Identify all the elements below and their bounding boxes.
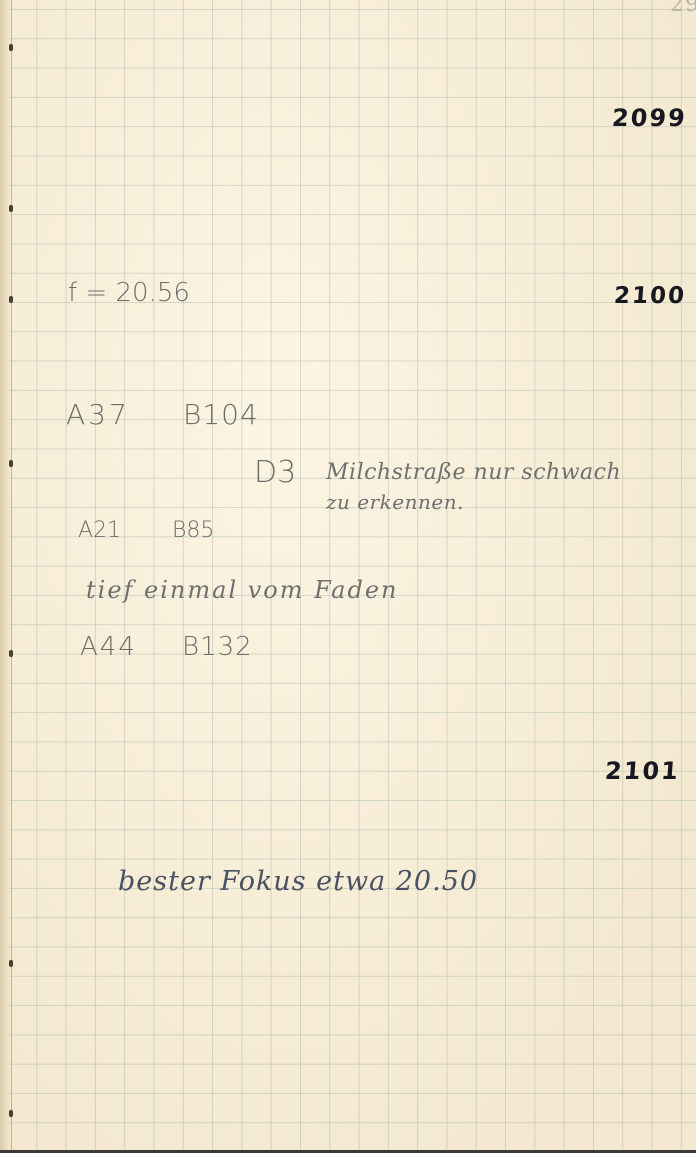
binding-stitch	[9, 460, 13, 467]
binding-stitch	[9, 205, 13, 212]
plate-number-2100: 2100	[613, 283, 687, 309]
binding-stitch	[9, 650, 13, 657]
reading-a44: A44	[80, 632, 137, 662]
notebook-page: 29 2099 f = 20.56 2100 A37 B104 D3 Milch…	[0, 0, 696, 1153]
binding-stitch	[9, 1110, 13, 1117]
focus-value-note: f = 20.56	[68, 278, 190, 308]
page-binding	[0, 0, 12, 1153]
reading-a37: A37	[66, 398, 130, 431]
thread-note: tief einmal vom Faden	[86, 576, 399, 604]
reading-b132: B132	[182, 632, 253, 662]
best-focus-note: bester Fokus etwa 20.50	[118, 866, 478, 897]
reading-b85: B85	[172, 518, 214, 543]
page-number: 29	[670, 0, 696, 17]
binding-stitch	[9, 960, 13, 967]
binding-stitch	[9, 44, 13, 51]
plate-number-2101: 2101	[604, 757, 681, 785]
d3-label: D3	[254, 455, 296, 490]
plate-number-2099: 2099	[611, 104, 688, 132]
reading-b104: B104	[183, 398, 259, 431]
d3-note-line1: Milchstraße nur schwach	[326, 460, 621, 485]
d3-note-line2: zu erkennen.	[326, 490, 464, 514]
reading-a21: A21	[78, 518, 121, 543]
binding-stitch	[9, 296, 13, 303]
